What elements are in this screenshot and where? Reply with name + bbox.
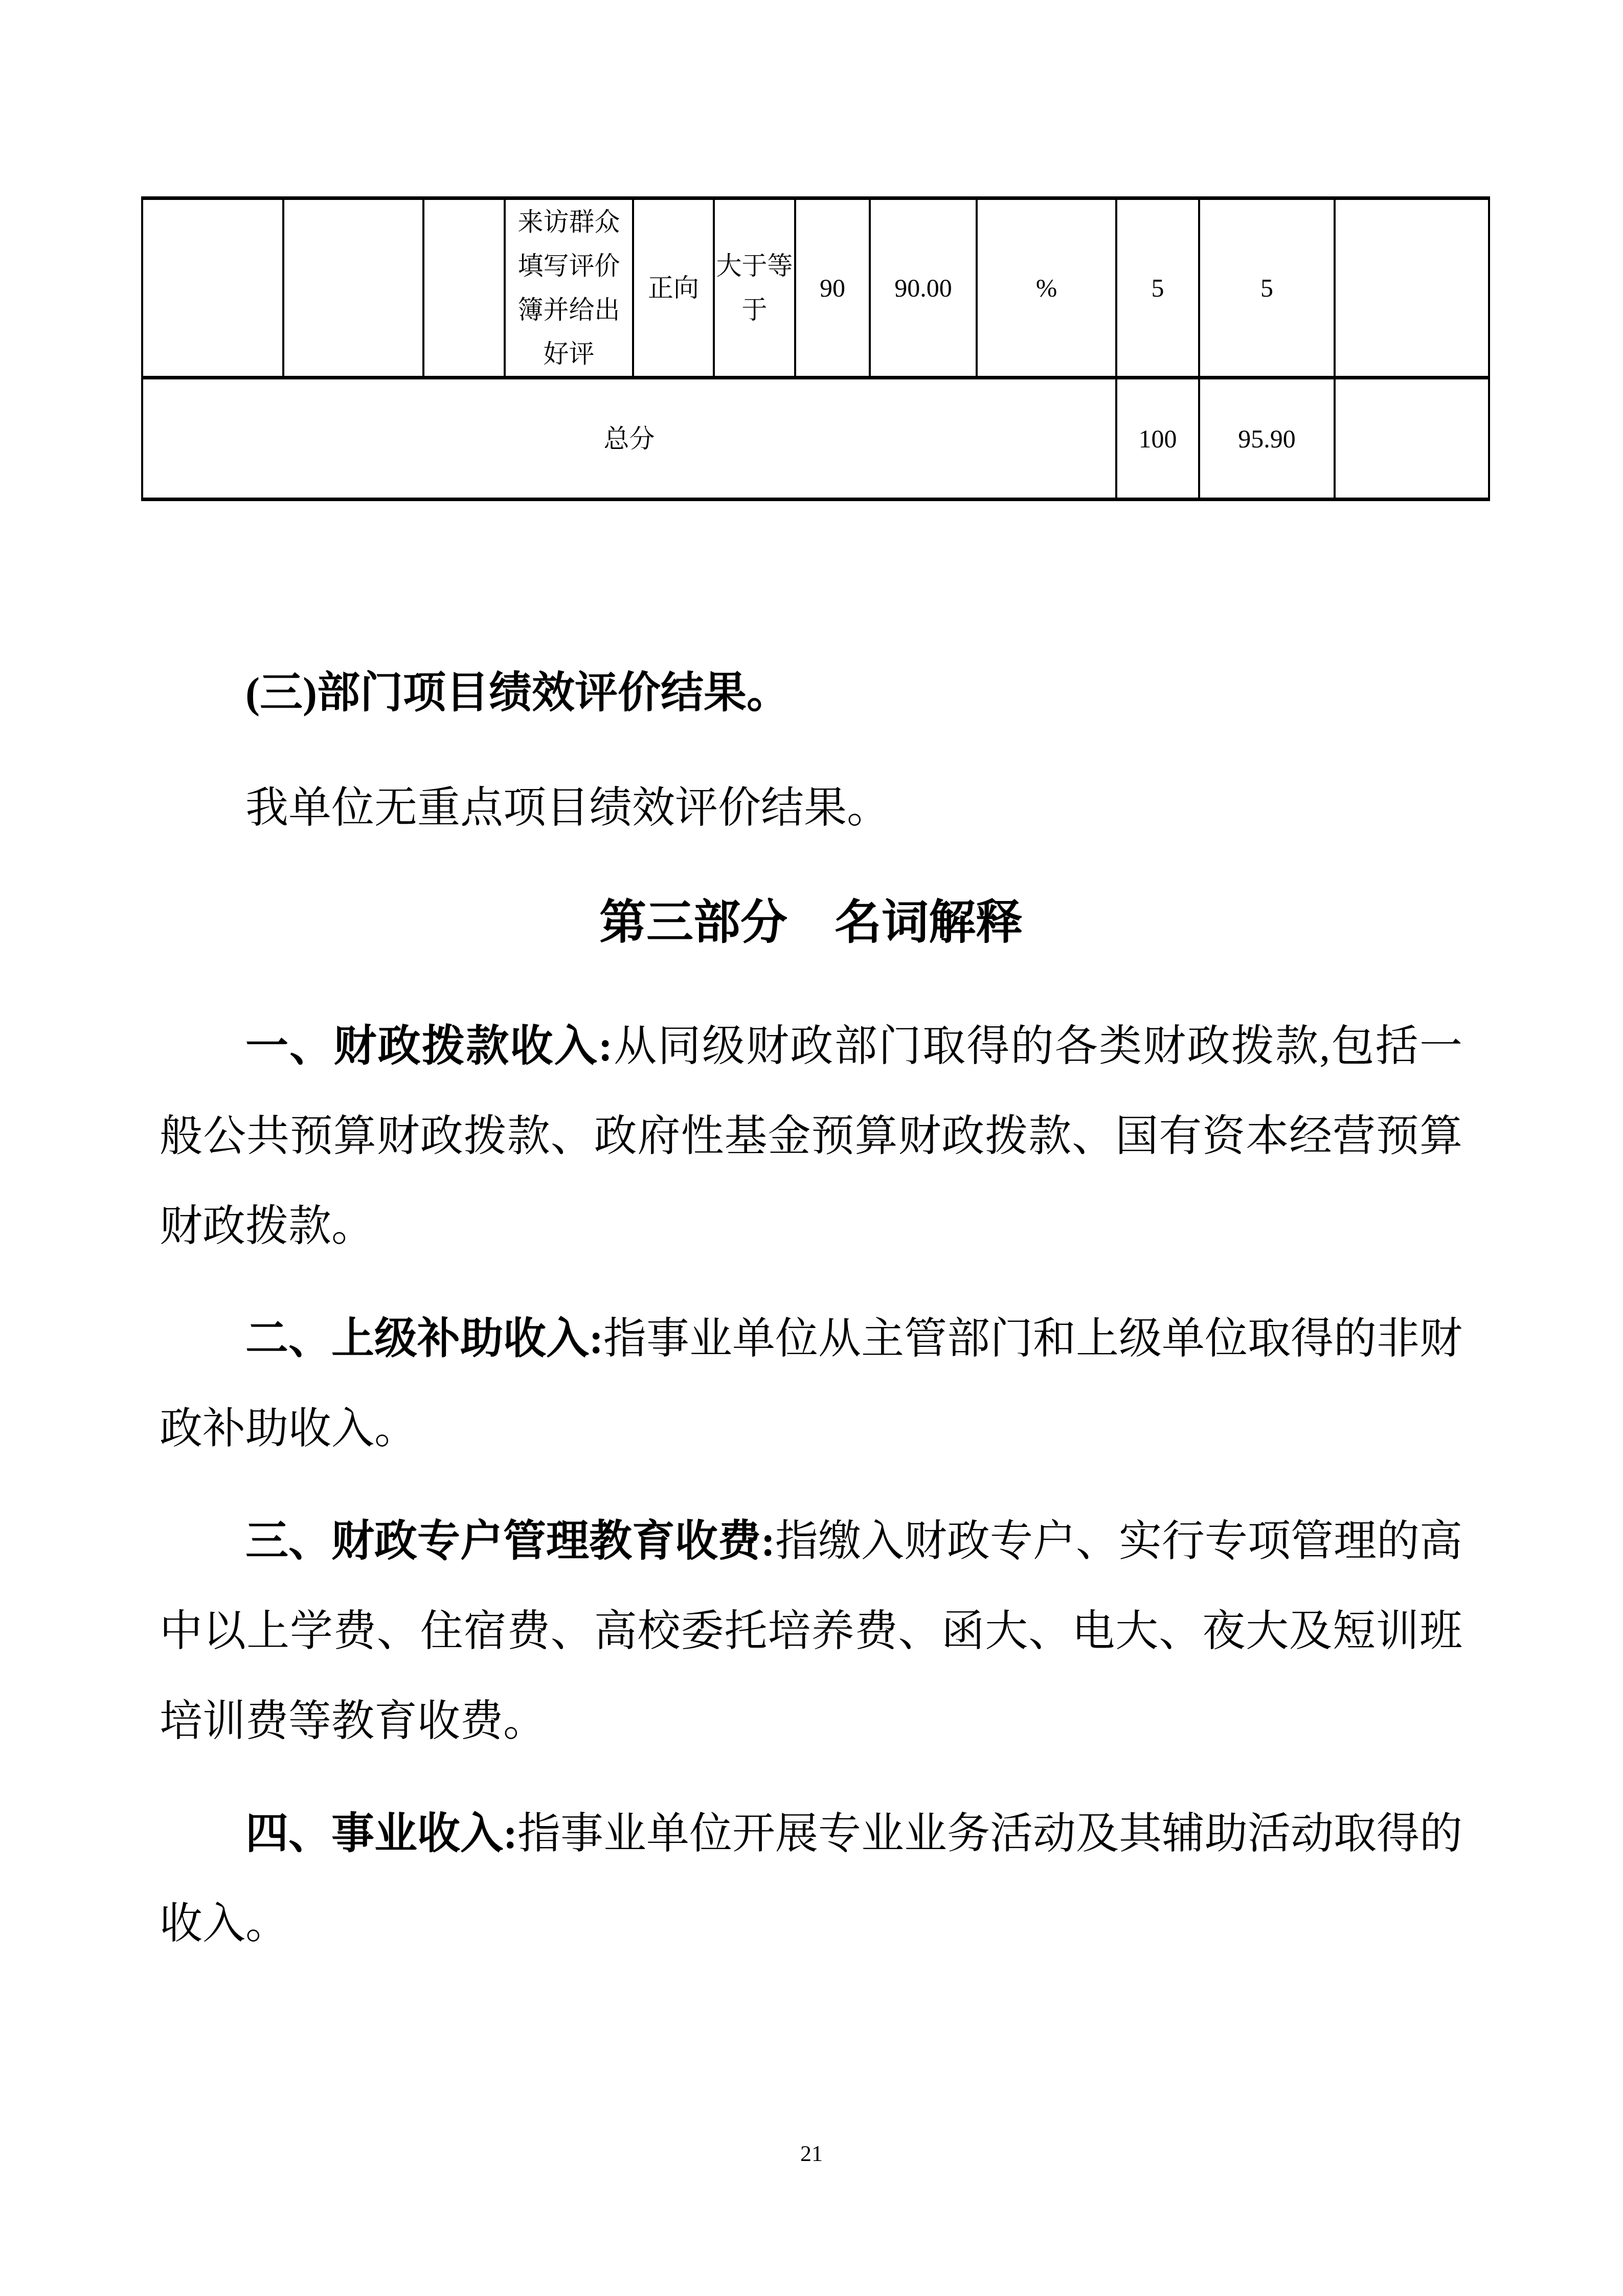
table-row-indicator: 来访群众填写评价簿并给出好评 正向 大于等于 90 90.00 % 5 5 <box>142 198 1489 378</box>
table-cell-score: 5 <box>1199 198 1335 378</box>
term-label: 一、财政拨款收入: <box>245 1023 613 1070</box>
term-label: 三、财政专户管理教育收费: <box>245 1518 775 1565</box>
table-cell-target-value: 90 <box>795 198 870 378</box>
table-cell-indicator-name: 来访群众填写评价簿并给出好评 <box>505 198 633 378</box>
term-paragraph: 一、财政拨款收入:从同级财政部门取得的各类财政拨款,包括一般公共预算财政拨款、政… <box>160 1002 1462 1272</box>
term-paragraph: 二、上级补助收入:指事业单位从主管部门和上级单位取得的非财政补助收入。 <box>160 1294 1462 1474</box>
table-cell-comparison: 大于等于 <box>714 198 795 378</box>
page-number: 21 <box>0 2139 1623 2169</box>
table-cell-unit: % <box>977 198 1116 378</box>
table-row-total: 总分 100 95.90 <box>142 378 1489 500</box>
term-paragraph: 三、财政专户管理教育收费:指缴入财政专户、实行专项管理的高中以上学费、住宿费、高… <box>160 1497 1462 1767</box>
table-cell-actual-value: 90.00 <box>870 198 977 378</box>
table-cell-total-label: 总分 <box>142 378 1116 500</box>
table-cell-empty <box>423 198 505 378</box>
table-cell-empty <box>283 198 423 378</box>
term-label: 二、上级补助收入: <box>245 1315 603 1363</box>
document-page: 来访群众填写评价簿并给出好评 正向 大于等于 90 90.00 % 5 5 总分… <box>0 0 1623 2296</box>
table-cell-empty <box>142 198 283 378</box>
table-cell-empty <box>1335 198 1489 378</box>
performance-score-table: 来访群众填写评价簿并给出好评 正向 大于等于 90 90.00 % 5 5 总分… <box>141 196 1490 501</box>
no-project-result-note: 我单位无重点项目绩效评价结果。 <box>160 773 1462 844</box>
table-cell-total-weight: 100 <box>1116 378 1199 500</box>
term-label: 四、事业收入: <box>245 1810 517 1858</box>
section-heading: (三)部门项目绩效评价结果。 <box>160 663 1462 724</box>
table-cell-direction: 正向 <box>633 198 714 378</box>
table-cell-empty <box>1335 378 1489 500</box>
term-paragraph: 四、事业收入:指事业单位开展专业业务活动及其辅助活动取得的收入。 <box>160 1789 1462 1969</box>
table-cell-weight: 5 <box>1116 198 1199 378</box>
part-three-title: 第三部分 名词解释 <box>160 884 1462 961</box>
table-cell-total-score: 95.90 <box>1199 378 1335 500</box>
